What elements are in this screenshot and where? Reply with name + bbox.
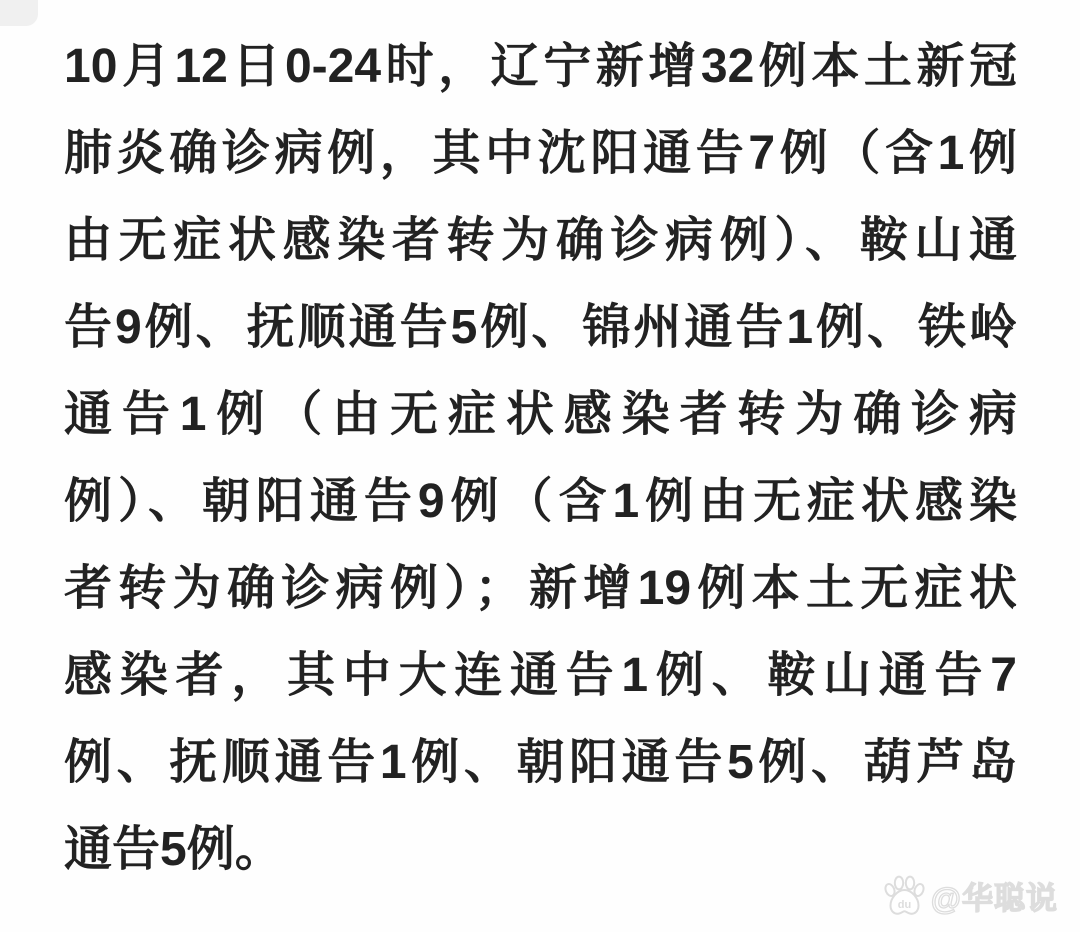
watermark: du @华聪说 — [881, 873, 1058, 918]
corner-artifact — [0, 0, 38, 26]
text-line-2: 肺炎确诊病例，其中沈阳通告7例（含1例 — [64, 110, 1017, 197]
text-line-5: 通告1例（由无症状感染者转为确诊病 — [64, 371, 1017, 458]
text-line-6: 例）、朝阳通告9例（含1例由无症状感染 — [64, 458, 1017, 545]
text-line-4: 告9例、抚顺通告5例、锦州通告1例、铁岭 — [64, 284, 1017, 371]
article-page: 10月12日0-24时，辽宁新增32例本土新冠 肺炎确诊病例，其中沈阳通告7例（… — [0, 0, 1080, 932]
baidu-du-text: du — [898, 899, 911, 911]
baidu-paw-icon: du — [881, 875, 927, 917]
text-line-1: 10月12日0-24时，辽宁新增32例本土新冠 — [64, 23, 1017, 110]
watermark-handle: @华聪说 — [931, 873, 1058, 918]
text-line-7: 者转为确诊病例）；新增19例本土无症状 — [64, 545, 1017, 632]
text-line-3: 由无症状感染者转为确诊病例）、鞍山通 — [64, 197, 1017, 284]
text-line-8: 感染者，其中大连通告1例、鞍山通告7 — [64, 632, 1017, 719]
text-line-10: 通告5例。 — [64, 806, 1017, 893]
article-text-block: 10月12日0-24时，辽宁新增32例本土新冠 肺炎确诊病例，其中沈阳通告7例（… — [64, 23, 1017, 893]
text-line-9: 例、抚顺通告1例、朝阳通告5例、葫芦岛 — [64, 719, 1017, 806]
